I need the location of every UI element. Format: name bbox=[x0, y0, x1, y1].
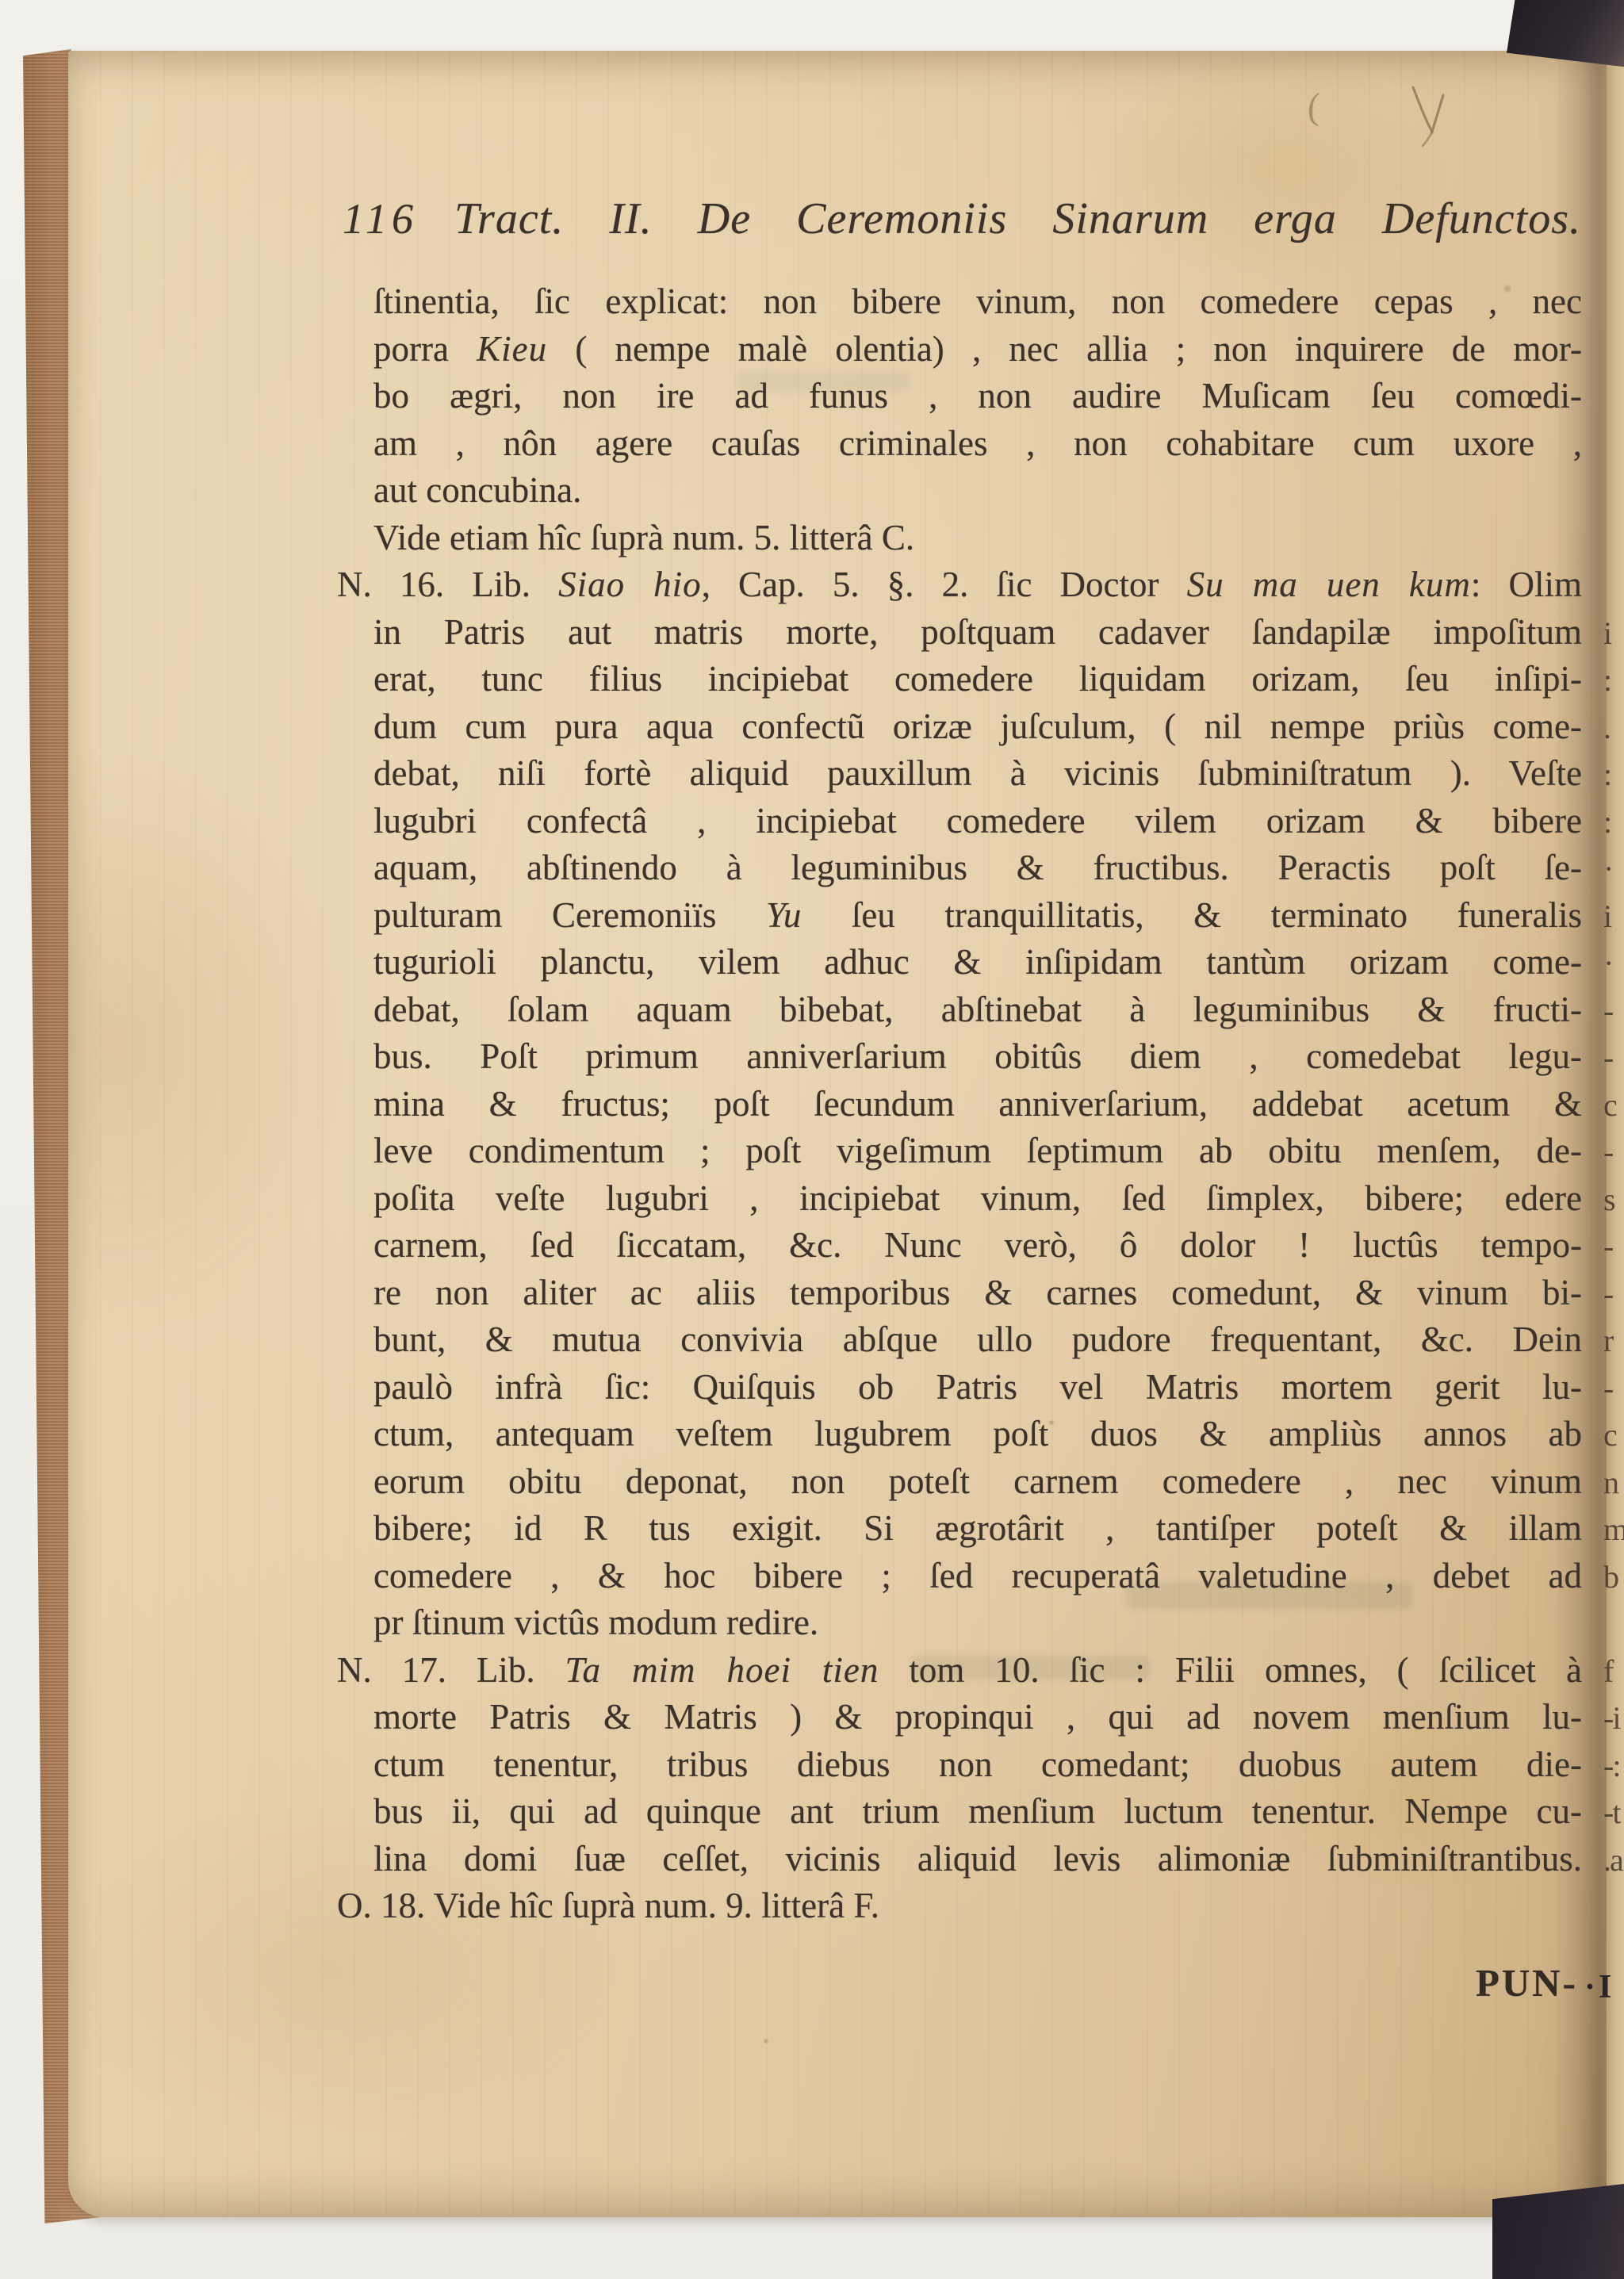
text-line: aquam, abſtinendo à leguminibus & fructi… bbox=[337, 845, 1582, 892]
page-number: 116 bbox=[343, 194, 418, 243]
text-line: tugurioli planctu, vilem adhuc & inſipid… bbox=[337, 939, 1582, 986]
edge-fragment: . bbox=[1603, 704, 1624, 752]
text-line: ctum tenentur, tribus diebus non comedan… bbox=[337, 1741, 1582, 1789]
text-line: in Patris aut matris morte, poſtquam cad… bbox=[337, 609, 1582, 657]
edge-fragment: - bbox=[1603, 1034, 1624, 1082]
text-line: ſtinentia, ſic explicat: non bibere vinu… bbox=[337, 278, 1582, 326]
text-line: re non aliter ac aliis temporibus & carn… bbox=[337, 1270, 1582, 1317]
text-line: leve condimentum ; poſt vigeſimum ſeptim… bbox=[337, 1128, 1582, 1175]
text-line: eorum obitu deponat, non poteſt carnem c… bbox=[337, 1458, 1582, 1506]
edge-fragment: c bbox=[1603, 1411, 1624, 1459]
edge-fragment: · bbox=[1603, 940, 1624, 987]
text-line: carnem, ſed ſiccatam, &c. Nunc verò, ô d… bbox=[337, 1222, 1582, 1270]
edge-fragment bbox=[1603, 373, 1624, 421]
text-line: comedere , & hoc bibere ; ſed recuperatâ… bbox=[337, 1553, 1582, 1600]
edge-fragment: : bbox=[1603, 657, 1624, 704]
text-line: debat, ſolam aquam bibebat, abſtinebat à… bbox=[337, 986, 1582, 1034]
catchword-fragment: ·I bbox=[1584, 1968, 1614, 2006]
text-line: bibere; id R tus exigit. Si ægrotârit , … bbox=[337, 1505, 1582, 1553]
edge-fragment: -i bbox=[1603, 1695, 1624, 1742]
text-line: poſita veſte lugubri , incipiebat vinum,… bbox=[337, 1175, 1582, 1223]
edge-fragment: : bbox=[1603, 751, 1624, 799]
edge-fragment bbox=[1603, 1600, 1624, 1648]
scanned-book-page-photo: i:.::·i·--c-s--r-cnmbf-i-:-t.a 116 Tract… bbox=[0, 0, 1624, 2279]
edge-fragment: -t bbox=[1603, 1789, 1624, 1837]
running-header-title: Tract. II. De Ceremoniis Sinarum erga De… bbox=[454, 193, 1581, 244]
text-line: bus. Poſt primum anniverſarium obitûs di… bbox=[337, 1033, 1582, 1081]
running-header: 116 Tract. II. De Ceremoniis Sinarum erg… bbox=[343, 193, 1581, 244]
text-line: ctum, antequam veſtem lugubrem poſt duos… bbox=[337, 1411, 1582, 1458]
text-line: pr ſtinum victûs modum redire. bbox=[337, 1599, 1582, 1647]
text-line: lugubri confectâ , incipiebat comedere v… bbox=[337, 798, 1582, 845]
text-line: bo ægri, non ire ad funus , non audire M… bbox=[337, 373, 1582, 420]
catchword: PUN- bbox=[1380, 1960, 1578, 2005]
edge-fragment bbox=[1603, 562, 1624, 610]
edge-fragment bbox=[1603, 279, 1624, 327]
edge-fragment: -: bbox=[1603, 1742, 1624, 1790]
edge-fragment bbox=[1603, 515, 1624, 563]
edge-fragment: : bbox=[1603, 799, 1624, 846]
edge-fragment: f bbox=[1603, 1648, 1624, 1695]
text-line: bus ii, qui ad quinque ant trium menſium… bbox=[337, 1788, 1582, 1836]
pen-check-mark bbox=[1402, 82, 1469, 159]
edge-fragment bbox=[1603, 327, 1624, 374]
edge-fragment: i bbox=[1603, 893, 1624, 940]
edge-fragment bbox=[1603, 1883, 1624, 1931]
text-line: debat, niſi fortè aliquid pauxillum à vi… bbox=[337, 750, 1582, 798]
facing-page-letter-fragments: i:.::·i·--c-s--r-cnmbf-i-:-t.a bbox=[1603, 279, 1624, 1931]
edge-fragment: - bbox=[1603, 1223, 1624, 1270]
edge-fragment: n bbox=[1603, 1459, 1624, 1507]
text-line: pulturam Ceremoniïs Yu ſeu tranquillitat… bbox=[337, 892, 1582, 940]
text-line: dum cum pura aqua confectũ orizæ juſculu… bbox=[337, 703, 1582, 751]
edge-fragment: i bbox=[1603, 610, 1624, 657]
edge-fragment: - bbox=[1603, 987, 1624, 1035]
edge-fragment: - bbox=[1603, 1365, 1624, 1412]
text-line: Vide etiam hîc ſuprà num. 5. litterâ C. bbox=[337, 515, 1582, 562]
text-line: morte Patris & Matris ) & propinqui , qu… bbox=[337, 1694, 1582, 1741]
edge-fragment: m bbox=[1603, 1506, 1624, 1553]
edge-fragment bbox=[1603, 421, 1624, 469]
edge-fragment: b bbox=[1603, 1553, 1624, 1601]
edge-fragment: c bbox=[1603, 1082, 1624, 1129]
text-line: am , nôn agere cauſas criminales , non c… bbox=[337, 420, 1582, 468]
text-line: O. 18. Vide hîc ſuprà num. 9. litterâ F. bbox=[337, 1883, 1582, 1930]
edge-fragment: · bbox=[1603, 845, 1624, 893]
edge-fragment: s bbox=[1603, 1176, 1624, 1224]
edge-fragment: .a bbox=[1603, 1837, 1624, 1884]
text-line: paulò infrà ſic: Quiſquis ob Patris vel … bbox=[337, 1364, 1582, 1411]
text-line: N. 16. Lib. Siao hio, Cap. 5. §. 2. ſic … bbox=[337, 561, 1582, 609]
text-line: aut concubina. bbox=[337, 467, 1582, 515]
edge-fragment bbox=[1603, 468, 1624, 515]
text-line: bunt, & mutua convivia abſque ullo pudor… bbox=[337, 1316, 1582, 1364]
edge-fragment: - bbox=[1603, 1270, 1624, 1318]
text-line: mina & fructus; poſt ſecundum anniverſar… bbox=[337, 1081, 1582, 1128]
text-line: erat, tunc filius incipiebat comedere li… bbox=[337, 656, 1582, 703]
edge-fragment: - bbox=[1603, 1128, 1624, 1176]
text-line: lina domi ſuæ ceſſet, vicinis aliquid le… bbox=[337, 1836, 1582, 1883]
edge-fragment: r bbox=[1603, 1317, 1624, 1365]
body-text: ſtinentia, ſic explicat: non bibere vinu… bbox=[337, 278, 1582, 1930]
text-line: porra Kieu ( nempe malè olentia) , nec a… bbox=[337, 326, 1582, 373]
text-line: N. 17. Lib. Ta mim hoei tien tom 10. ſic… bbox=[337, 1647, 1582, 1695]
book-cover-corner-bottom-right bbox=[1492, 2184, 1624, 2279]
